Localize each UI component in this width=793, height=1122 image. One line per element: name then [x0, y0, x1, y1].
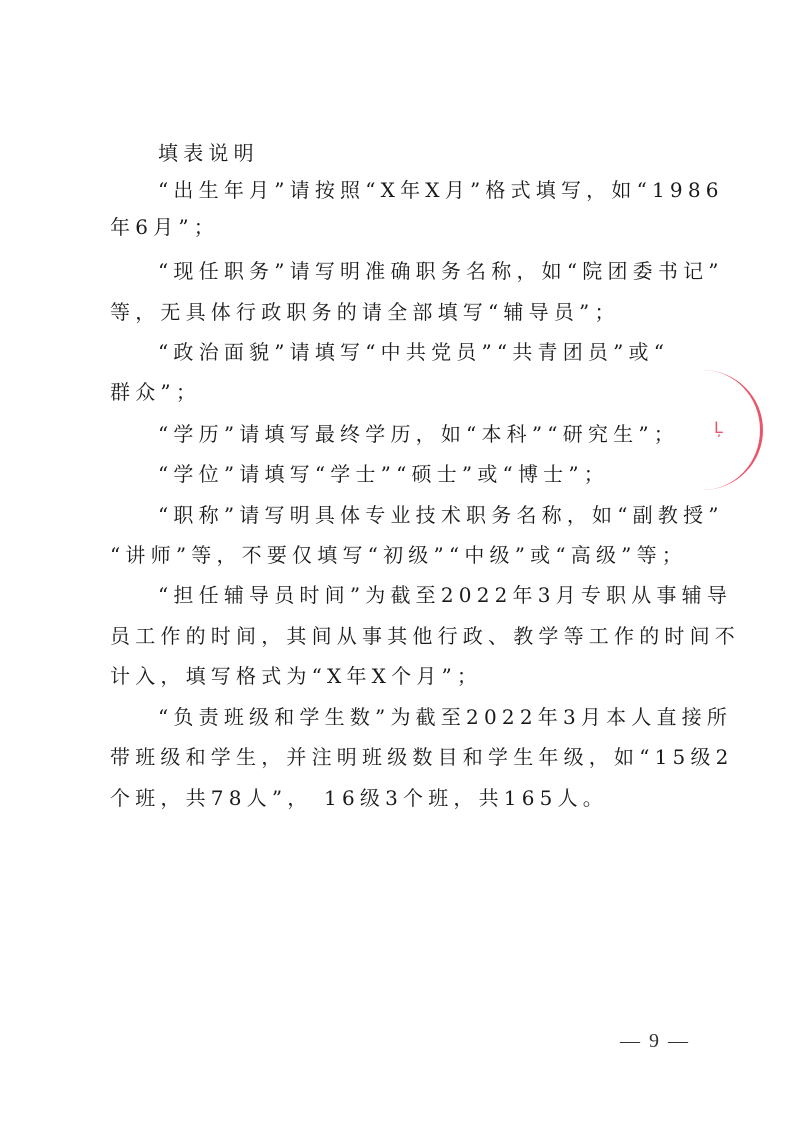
instruction-position-line1: “现任职务”请写明准确职务名称，如“院团委书记” — [158, 258, 748, 284]
instruction-position-line2: 等，无具体行政职务的请全部填写“辅导员”； — [110, 299, 700, 325]
instruction-education: “学历”请填写最终学历，如“本科”“研究生”； — [158, 421, 748, 447]
instruction-birth-date-line1: “出生年月”请按照“X年X月”格式填写，如“1986 — [158, 177, 748, 203]
instruction-degree: “学位”请填写“学士”“硕士”或“博士”； — [158, 461, 748, 487]
instruction-political-status-line1: “政治面貌”请填写“中共党员”“共青团员”或“ — [158, 339, 748, 365]
section-heading: 填表说明 — [158, 140, 748, 166]
document-page: 填表说明 “出生年月”请按照“X年X月”格式填写，如“1986 年6月”； “现… — [0, 0, 793, 1122]
official-seal-fragment: Ļ — [714, 418, 723, 437]
instruction-counselor-time-line3: 计入，填写格式为“X年X个月”； — [110, 663, 700, 689]
instruction-classes-line2: 带班级和学生，并注明班级数目和学生年级，如“15级2 — [110, 744, 700, 770]
instruction-title-line2: “讲师”等，不要仅填写“初级”“中级”或“高级”等； — [110, 542, 700, 568]
page-number: — 9 — — [620, 1030, 690, 1053]
instruction-counselor-time-line2: 员工作的时间，其间从事其他行政、教学等工作的时间不 — [110, 623, 700, 649]
instruction-classes-line3: 个班，共78人”， 16级3个班，共165人。 — [110, 785, 700, 811]
instruction-title-line1: “职称”请写明具体专业技术职务名称，如“副教授” — [158, 502, 748, 528]
instruction-political-status-line2: 群众”； — [110, 379, 700, 405]
instruction-counselor-time-line1: “担任辅导员时间”为截至2022年3月专职从事辅导 — [158, 582, 748, 608]
instruction-classes-line1: “负责班级和学生数”为截至2022年3月本人直接所 — [158, 704, 748, 730]
instruction-birth-date-line2: 年6月”； — [110, 214, 700, 240]
